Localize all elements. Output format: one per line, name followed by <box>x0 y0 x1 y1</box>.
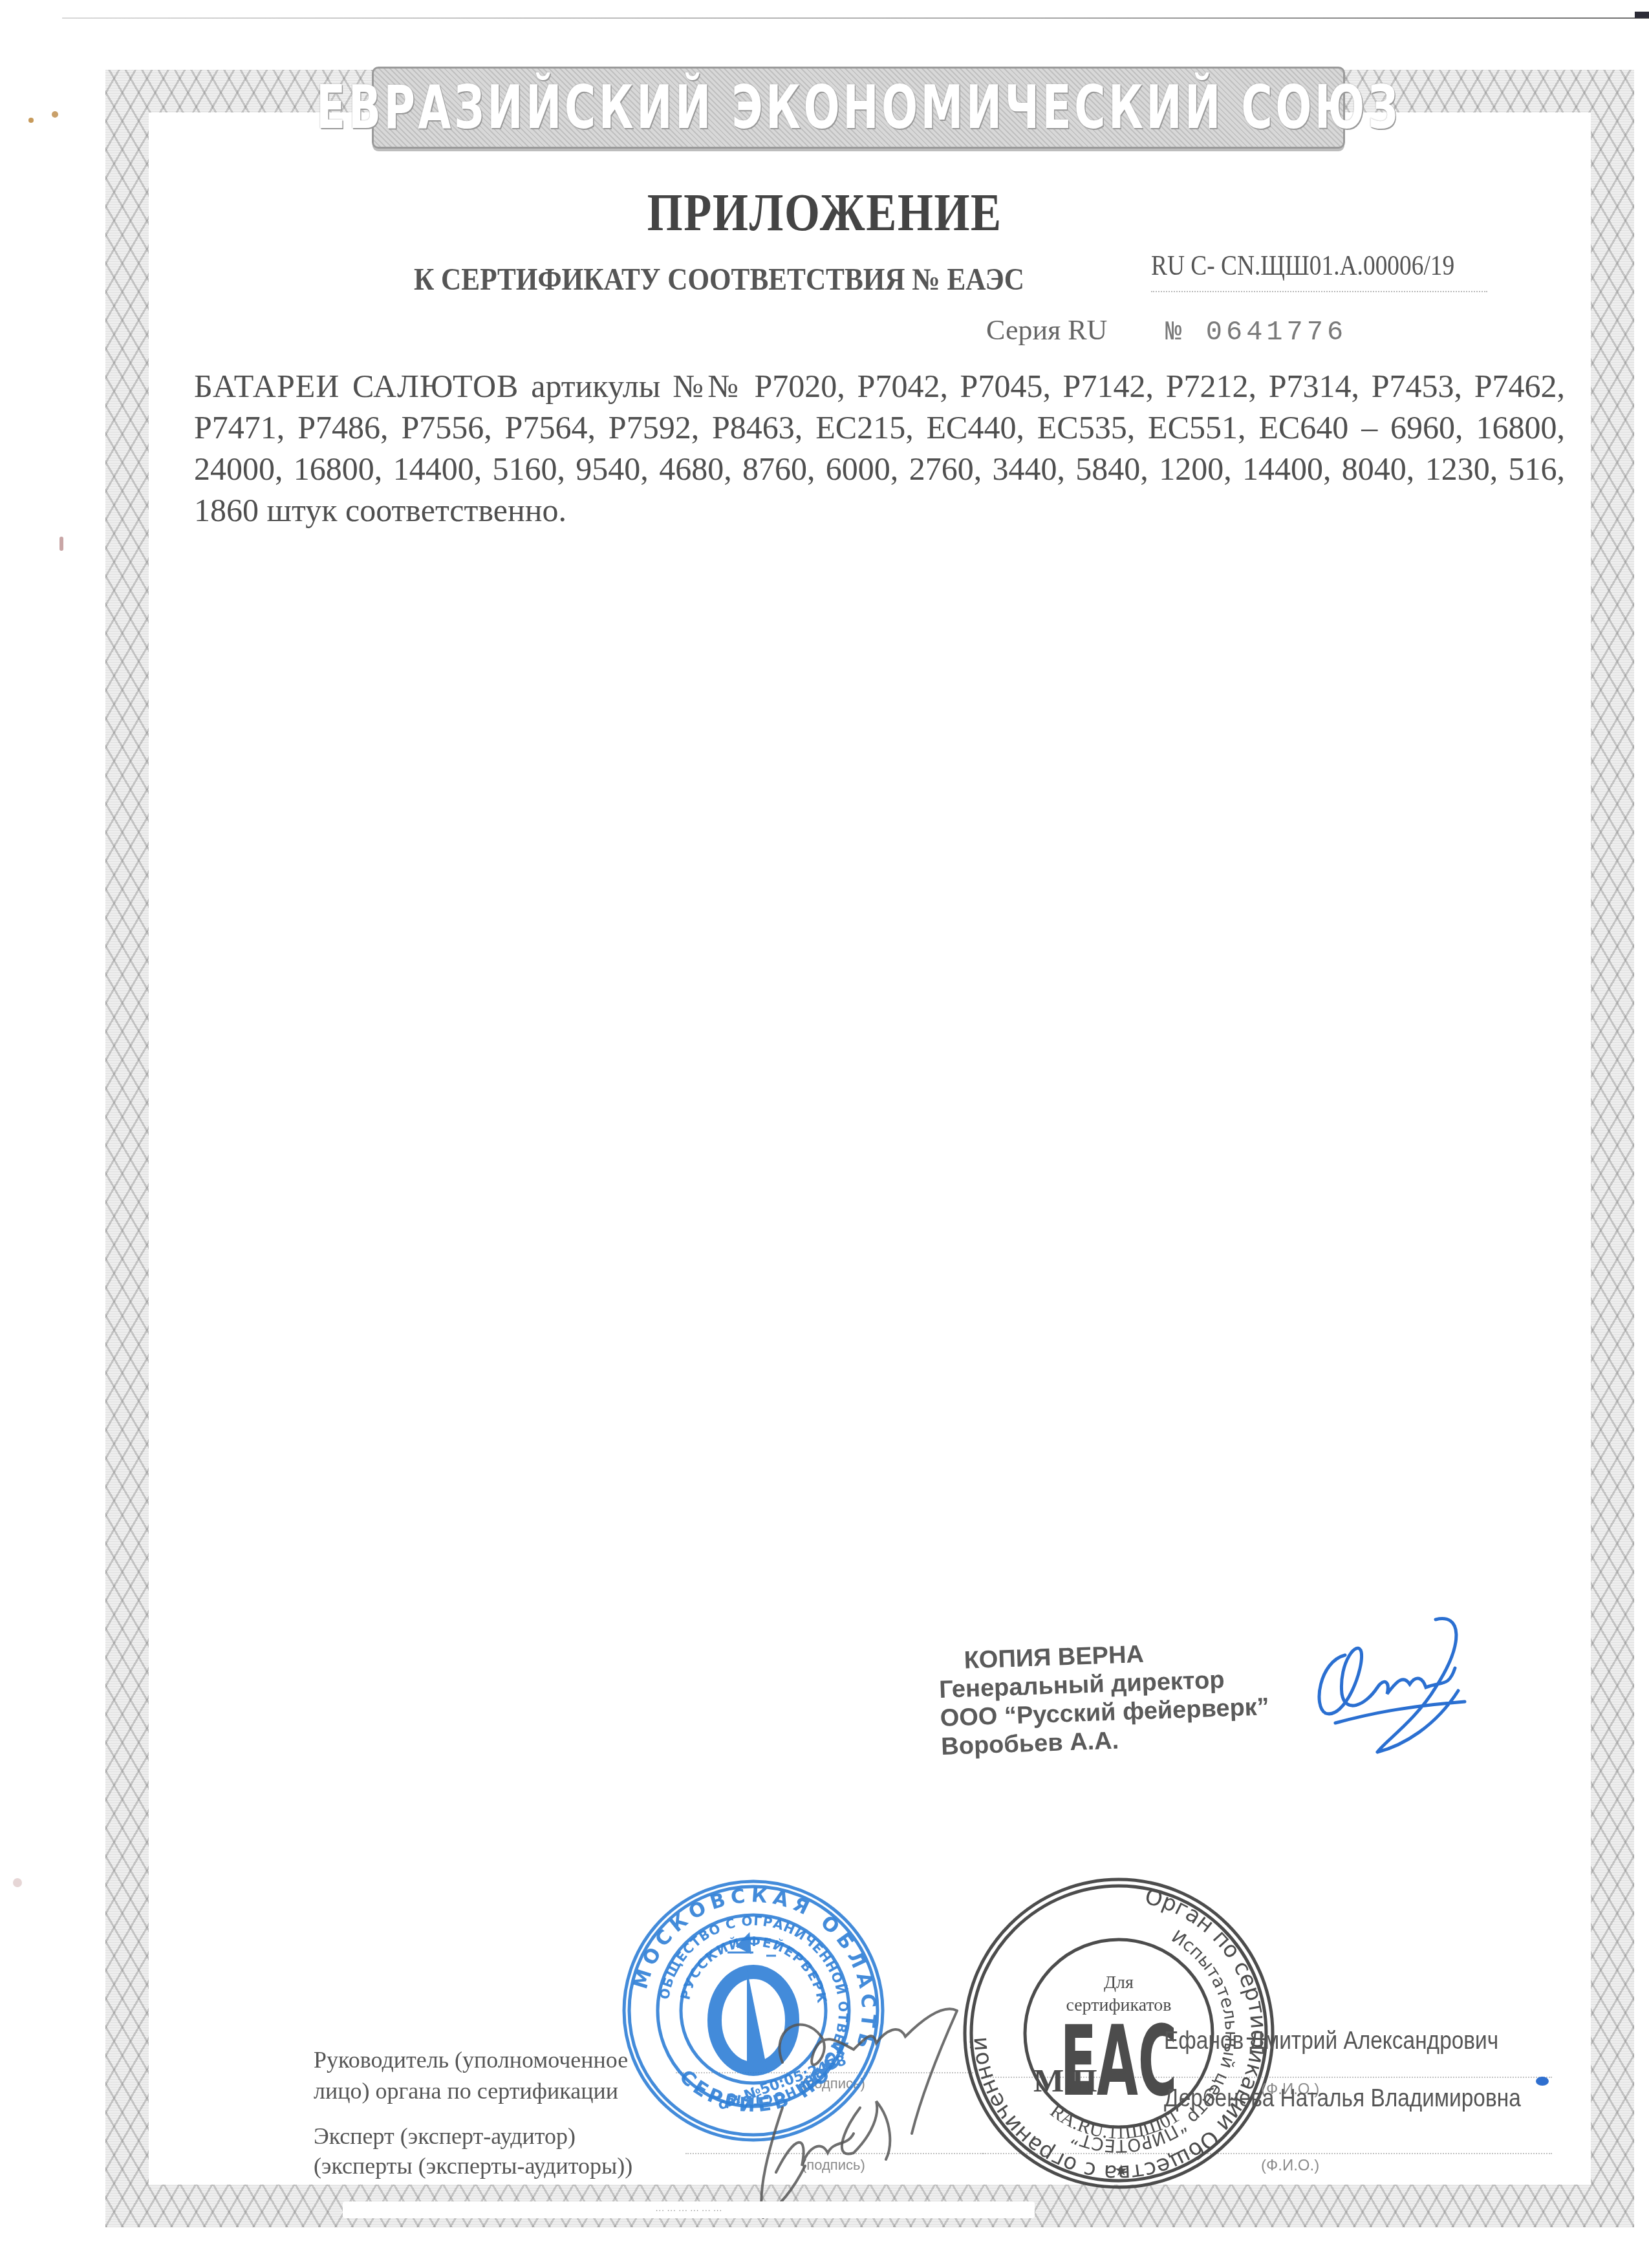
certificate-number-underline <box>1151 291 1487 292</box>
scan-edge-line <box>62 17 1649 19</box>
eac-mark: ЕАС <box>1061 2005 1178 2118</box>
certificate-number: RU C- CN.ЩШ01.А.00006/19 <box>1151 249 1454 282</box>
copy-certification: КОПИЯ ВЕРНА Генеральный директор ООО “Ру… <box>938 1633 1342 1761</box>
scan-speck <box>13 1878 22 1887</box>
expert-name-caption: (Ф.И.О.) <box>1261 2157 1319 2175</box>
expert-label-line1: Эксперт (эксперт-аудитор) <box>314 2121 576 2152</box>
articles-label: артикулы №№ <box>531 368 742 404</box>
scan-speck <box>28 118 34 123</box>
expert-name: Дербенева Наталья Владимировна <box>1164 2085 1521 2113</box>
mp-mark: М.П. <box>1033 2062 1105 2099</box>
series-number: № 0641776 <box>1165 317 1347 348</box>
banner-text: ЕВРАЗИЙСКИЙ ЭКОНОМИЧЕСКИЙ СОЮЗ <box>316 73 1401 142</box>
union-banner: ЕВРАЗИЙСКИЙ ЭКОНОМИЧЕСКИЙ СОЮЗ <box>372 67 1345 149</box>
scan-speck <box>52 111 58 118</box>
series-row: Серия RU№ 0641776 <box>986 314 1347 348</box>
scan-speck <box>59 537 63 551</box>
head-label-line2: лицо) органа по сертификации <box>314 2075 618 2106</box>
document-subtitle: К СЕРТИФИКАТУ СООТВЕТСТВИЯ № ЕАЭС <box>414 262 1024 297</box>
ink-blot <box>1536 2077 1549 2086</box>
expert-label-line2: (эксперты (эксперты-аудиторы)) <box>314 2150 632 2181</box>
cert-stamp-center-top: Для <box>1104 1973 1134 1993</box>
footer-microtext: ··· ··· ··· ··· ··· ··· <box>343 2201 1035 2218</box>
subtitle-row: К СЕРТИФИКАТУ СООТВЕТСТВИЯ № ЕАЭС <box>414 262 1092 297</box>
head-name: Ефанов Дмитрий Александрович <box>1164 2027 1498 2055</box>
head-label-line1: Руководитель (уполномоченное <box>314 2044 628 2075</box>
series-label: Серия RU <box>986 314 1107 346</box>
quantities-suffix: штук соответственно. <box>267 492 566 528</box>
product-description: БАТАРЕИ САЛЮТОВ артикулы №№ P7020, P7042… <box>194 365 1565 531</box>
product-name: БАТАРЕИ САЛЮТОВ <box>194 368 519 404</box>
svg-text:★: ★ <box>1114 2161 1128 2179</box>
dash: – <box>1361 409 1377 445</box>
director-signature-icon <box>1306 1616 1500 1765</box>
document-title: ПРИЛОЖЕНИЕ <box>0 182 1649 243</box>
scan-corner-mark <box>1635 12 1649 18</box>
